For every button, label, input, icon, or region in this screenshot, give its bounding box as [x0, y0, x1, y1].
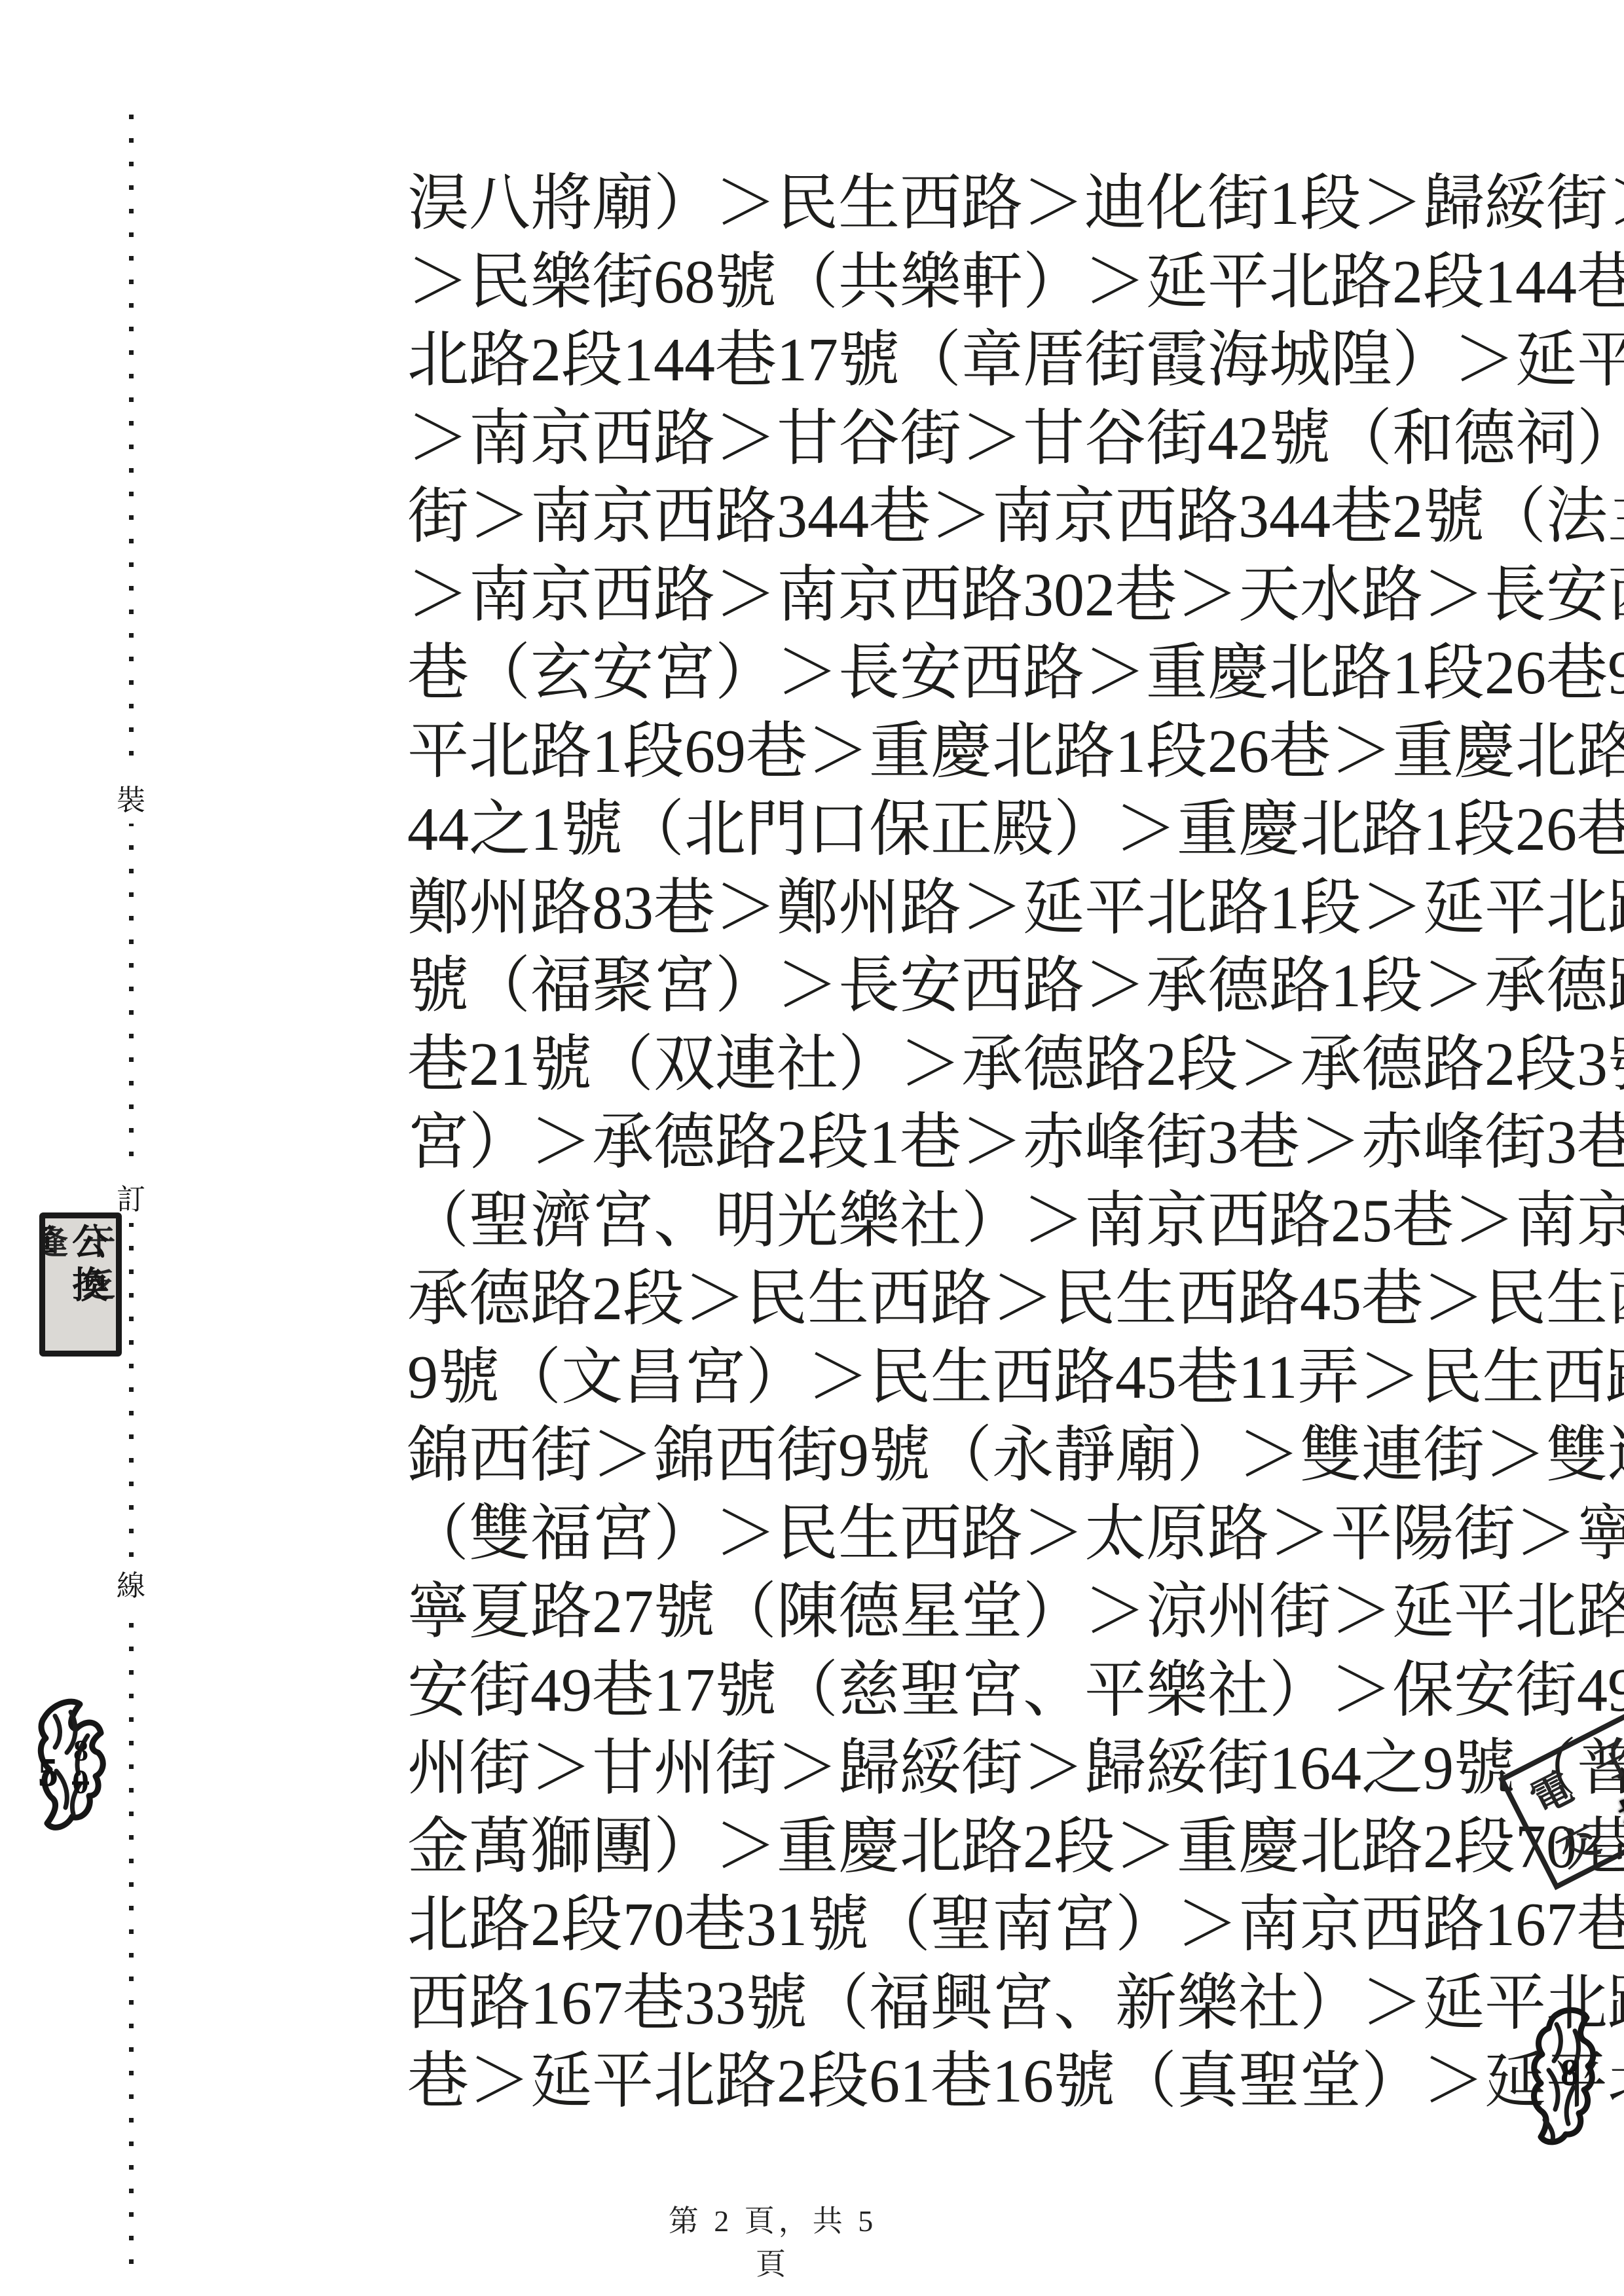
left-seal-digit-0: 0 — [72, 1763, 89, 1802]
gutter-stamp: 干乏逢 公換章 — [39, 1212, 122, 1357]
text-line: 金萬獅團）＞重慶北路2段＞重慶北路2段70巷＞重慶 — [407, 1808, 1464, 1887]
text-line: ＞民樂街68號（共樂軒）＞延平北路2段144巷＞延平 — [407, 244, 1464, 322]
text-line: 巷（玄安宮）＞長安西路＞重慶北路1段26巷9弄＞延 — [407, 634, 1464, 713]
text-line: 巷＞延平北路2段61巷16號（真聖堂）＞延平北路2段 — [407, 2043, 1464, 2121]
text-line: ＞南京西路＞甘谷街＞甘谷街42號（和德祠）＞甘谷 — [407, 400, 1464, 479]
route-text-block: 淏八將廟）＞民生西路＞迪化街1段＞歸綏街＞民樂街 ＞民樂街68號（共樂軒）＞延平… — [407, 165, 1464, 2121]
text-line: （雙福宮）＞民生西路＞太原路＞平陽街＞寧夏路＞ — [407, 1495, 1464, 1574]
exchange-stamp-char: 子 — [1581, 1723, 1624, 1793]
text-line: ＞南京西路＞南京西路302巷＞天水路＞長安西路177 — [407, 556, 1464, 635]
page-indicator: 第 2 頁，共 5 頁 — [655, 2197, 891, 2284]
gutter-stamp-text: 公換章 — [39, 1222, 113, 1351]
crumple-seal-right: 8 — [1522, 2005, 1604, 2159]
text-line: （聖濟宮、明光樂社）＞南京西路25巷＞南京西路＞ — [407, 1182, 1464, 1261]
text-line: 平北路1段69巷＞重慶北路1段26巷＞重慶北路1段26巷 — [407, 713, 1464, 792]
text-line: 承德路2段＞民生西路＞民生西路45巷＞民生西路45巷 — [407, 1260, 1464, 1339]
text-line: 州街＞甘州街＞歸綏街＞歸綏街164之9號（普願宮、 — [407, 1730, 1464, 1808]
text-line: 9號（文昌宮）＞民生西路45巷11弄＞民生西路3巷＞ — [407, 1339, 1464, 1417]
right-seal-digit: 8 — [1560, 2050, 1579, 2094]
text-line: 北路2段144巷17號（章厝街霞海城隍）＞延平北路2段 — [407, 321, 1464, 400]
text-line: 巷21號（双連社）＞承德路2段＞承德路2段3號（福民 — [407, 1026, 1464, 1104]
left-seal-digit-5: 5 — [38, 1750, 58, 1796]
text-line: 鄭州路83巷＞鄭州路＞延平北路1段＞延平北路1段68 — [407, 869, 1464, 948]
document-page: 裝 訂 線 干乏逢 公換章 5 8 0 淏八將廟）＞民生西路＞迪化街1段＞歸綏街… — [0, 0, 1624, 2296]
text-line: 寧夏路27號（陳德星堂）＞涼州街＞延平北路2段＞保 — [407, 1573, 1464, 1652]
text-line: 宮）＞承德路2段1巷＞赤峰街3巷＞赤峰街3巷17號 — [407, 1104, 1464, 1182]
text-line: 淏八將廟）＞民生西路＞迪化街1段＞歸綏街＞民樂街 — [407, 165, 1464, 244]
binding-char-xian: 線 — [113, 1557, 149, 1609]
text-line: 44之1號（北門口保正殿）＞重慶北路1段26巷46弄＞ — [407, 791, 1464, 869]
text-line: 西路167巷33號（福興宮、新樂社）＞延平北路2段61 — [407, 1965, 1464, 2043]
text-line: 街＞南京西路344巷＞南京西路344巷2號（法主公廟） — [407, 478, 1464, 556]
text-line: 號（福聚宮）＞長安西路＞承德路1段＞承德路1段77 — [407, 947, 1464, 1026]
text-line: 安街49巷17號（慈聖宮、平樂社）＞保安街49巷＞涼 — [407, 1652, 1464, 1730]
crumple-seal-left: 5 8 0 — [33, 1692, 118, 1846]
text-line: 北路2段70巷31號（聖南宮）＞南京西路167巷＞南京 — [407, 1886, 1464, 1965]
binding-char-zhuang: 裝 — [113, 771, 149, 824]
text-line: 錦西街＞錦西街9號（永靜廟）＞雙連街＞雙連街37號 — [407, 1417, 1464, 1495]
